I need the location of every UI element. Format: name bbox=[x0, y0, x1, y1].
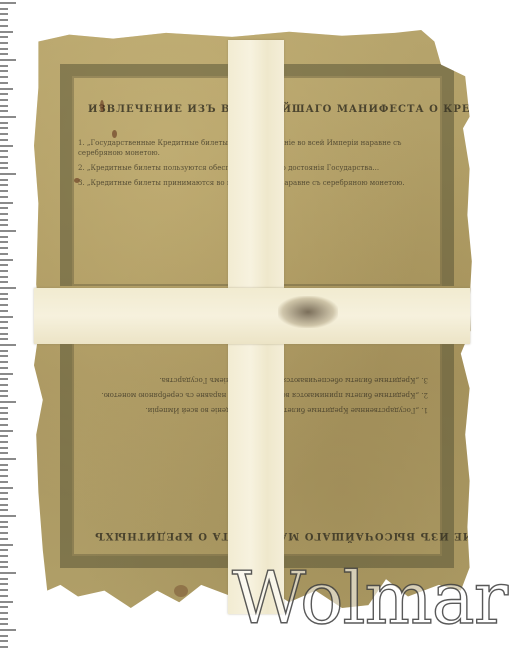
ruler-tick bbox=[0, 196, 8, 198]
ruler-tick bbox=[0, 156, 8, 158]
ruler-tick bbox=[0, 612, 8, 614]
ruler-tick bbox=[0, 310, 8, 312]
ruler-tick bbox=[0, 521, 8, 523]
ruler-tick bbox=[0, 276, 8, 278]
ruler-tick bbox=[0, 116, 16, 118]
ruler-tick bbox=[0, 270, 8, 272]
ruler-tick bbox=[0, 184, 8, 186]
ruler-tick bbox=[0, 59, 16, 61]
ruler-tick bbox=[0, 572, 16, 574]
ruler-tick bbox=[0, 412, 8, 414]
ruler-tick bbox=[0, 532, 8, 534]
ruler-tick bbox=[0, 202, 13, 204]
ruler-tick bbox=[0, 515, 16, 517]
ruler-tick bbox=[0, 464, 8, 466]
ruler-tick bbox=[0, 407, 8, 409]
ruler-tick bbox=[0, 555, 8, 557]
ruler-tick bbox=[0, 481, 8, 483]
ruler-tick bbox=[0, 629, 16, 631]
ruler-tick bbox=[0, 36, 8, 38]
tape-dirt-stain bbox=[278, 296, 338, 328]
ruler-tick bbox=[0, 133, 8, 135]
ruler-tick bbox=[0, 162, 8, 164]
ruler-tick bbox=[0, 452, 8, 454]
ruler-tick bbox=[0, 640, 8, 642]
ruler-tick bbox=[0, 583, 8, 585]
ruler-tick bbox=[0, 492, 8, 494]
ruler-tick bbox=[0, 401, 16, 403]
ink-stain bbox=[74, 178, 80, 183]
watermark-logo: Wolmar bbox=[232, 556, 507, 640]
ruler-tick bbox=[0, 526, 8, 528]
ruler-tick bbox=[0, 378, 8, 380]
ruler-tick bbox=[0, 219, 8, 221]
ruler-tick bbox=[0, 127, 8, 129]
ruler-tick bbox=[0, 298, 8, 300]
ruler-tick bbox=[0, 578, 8, 580]
ruler-tick bbox=[0, 384, 8, 386]
ruler-tick bbox=[0, 25, 8, 27]
ruler-tick bbox=[0, 504, 8, 506]
ruler-tick bbox=[0, 487, 13, 489]
ruler-tick bbox=[0, 498, 8, 500]
ruler-tick bbox=[0, 538, 8, 540]
ruler-tick bbox=[0, 53, 8, 55]
ruler-tick bbox=[0, 367, 8, 369]
ruler-tick bbox=[0, 93, 8, 95]
ink-stain bbox=[112, 130, 117, 138]
ruler-tick bbox=[0, 623, 8, 625]
ruler-tick bbox=[0, 430, 13, 432]
ruler-tick bbox=[0, 76, 8, 78]
ruler-tick bbox=[0, 42, 8, 44]
ruler-tick bbox=[0, 281, 8, 283]
ruler-tick bbox=[0, 373, 13, 375]
note-heading-bottom-inverted: ИЗВЛЕЧЕНИЕ ИЗЪ ВЫСОЧАЙШАГО МАНИФЕСТА О К… bbox=[94, 530, 515, 541]
ruler-tick bbox=[0, 469, 8, 471]
ruler-tick bbox=[0, 595, 8, 597]
ruler-tick bbox=[0, 247, 8, 249]
ruler-tick bbox=[0, 99, 8, 101]
ruler-tick bbox=[0, 316, 13, 318]
ruler-tick bbox=[0, 241, 8, 243]
ruler-tick bbox=[0, 13, 8, 15]
ruler-tick bbox=[0, 65, 8, 67]
ruler-tick bbox=[0, 561, 8, 563]
ruler-tick bbox=[0, 150, 8, 152]
ruler-tick bbox=[0, 395, 8, 397]
ruler-tick bbox=[0, 544, 13, 546]
ruler-tick bbox=[0, 589, 8, 591]
ruler-tick bbox=[0, 333, 8, 335]
ruler-tick bbox=[0, 424, 8, 426]
ruler-tick bbox=[0, 475, 8, 477]
ruler-tick bbox=[0, 601, 13, 603]
ruler-tick bbox=[0, 447, 8, 449]
note-heading-top: ИЗВЛЕЧЕНИЕ ИЗЪ ВЫСОЧАЙШАГО МАНИФЕСТА О К… bbox=[88, 104, 515, 115]
ruler-tick bbox=[0, 110, 8, 112]
ruler-tick bbox=[0, 82, 8, 84]
ruler-tick bbox=[0, 88, 13, 90]
ruler-tick bbox=[0, 179, 8, 181]
ruler-tick bbox=[0, 606, 8, 608]
ruler-tick bbox=[0, 2, 16, 4]
ruler-tick bbox=[0, 361, 8, 363]
ruler-tick bbox=[0, 224, 8, 226]
ruler-tick bbox=[0, 70, 8, 72]
ruler-tick bbox=[0, 355, 8, 357]
ruler-tick bbox=[0, 321, 8, 323]
ruler-tick bbox=[0, 8, 8, 10]
ruler-tick bbox=[0, 549, 8, 551]
ruler-tick bbox=[0, 390, 8, 392]
repair-tape-horizontal bbox=[34, 288, 470, 344]
measuring-ruler bbox=[0, 0, 18, 650]
ruler-tick bbox=[0, 338, 8, 340]
ruler-tick bbox=[0, 566, 8, 568]
ruler-tick bbox=[0, 259, 13, 261]
ruler-tick bbox=[0, 173, 16, 175]
ruler-tick bbox=[0, 344, 16, 346]
ruler-tick bbox=[0, 122, 8, 124]
ruler-tick bbox=[0, 167, 8, 169]
ruler-tick bbox=[0, 287, 16, 289]
ruler-tick bbox=[0, 145, 13, 147]
ruler-tick bbox=[0, 293, 8, 295]
ruler-tick bbox=[0, 236, 8, 238]
ruler-tick bbox=[0, 618, 8, 620]
ruler-tick bbox=[0, 435, 8, 437]
ruler-tick bbox=[0, 253, 8, 255]
ruler-tick bbox=[0, 264, 8, 266]
ruler-tick bbox=[0, 105, 8, 107]
ink-stain bbox=[174, 585, 188, 597]
ruler-tick bbox=[0, 458, 16, 460]
ruler-tick bbox=[0, 350, 8, 352]
ruler-tick bbox=[0, 139, 8, 141]
ruler-tick bbox=[0, 213, 8, 215]
ruler-tick bbox=[0, 230, 16, 232]
ruler-tick bbox=[0, 418, 8, 420]
ruler-tick bbox=[0, 509, 8, 511]
ruler-tick bbox=[0, 327, 8, 329]
ink-stain bbox=[100, 100, 104, 112]
ruler-tick bbox=[0, 190, 8, 192]
ruler-tick bbox=[0, 48, 8, 50]
ruler-tick bbox=[0, 635, 8, 637]
ruler-tick bbox=[0, 304, 8, 306]
ruler-tick bbox=[0, 19, 8, 21]
ruler-tick bbox=[0, 441, 8, 443]
ruler-tick bbox=[0, 646, 8, 648]
ruler-tick bbox=[0, 31, 13, 33]
ruler-tick bbox=[0, 207, 8, 209]
